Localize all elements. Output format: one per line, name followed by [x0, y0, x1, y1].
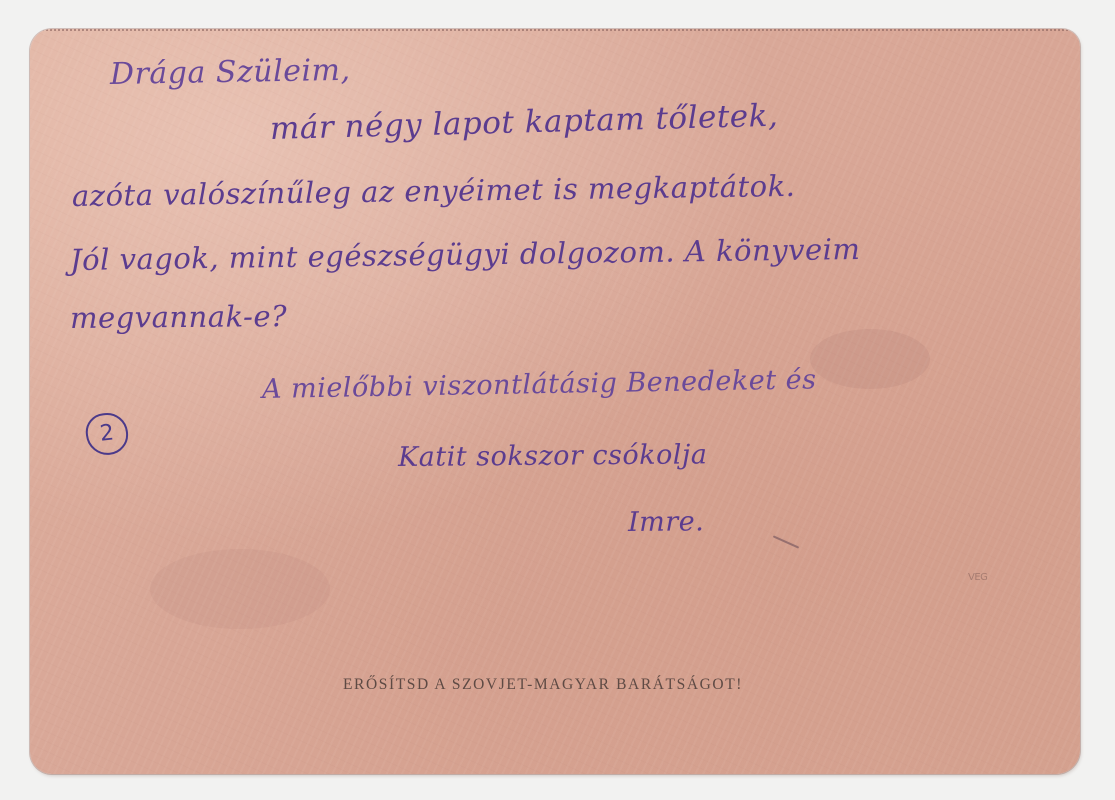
letter-closing-2: Katit sokszor csókolja [398, 439, 708, 473]
postcard: Drága Szüleim, már négy lapot kaptam től… [30, 29, 1080, 774]
circled-page-number: 2 [84, 411, 130, 457]
letter-line-1: már négy lapot kaptam tőletek, [270, 98, 779, 147]
letter-line-4: megvannak-e? [70, 299, 287, 335]
letter-greeting: Drága Szüleim, [110, 53, 351, 92]
scanned-postcard: Drága Szüleim, már négy lapot kaptam től… [0, 0, 1115, 800]
paper-stain [810, 329, 930, 389]
letter-signature: Imre. [628, 506, 705, 538]
letter-closing-1: A mielőbbi viszontlátásig Benedeket és [262, 364, 817, 405]
faint-stamp-mark: VEG [968, 572, 987, 583]
printed-slogan: ERŐSÍTSD A SZOVJET-MAGYAR BARÁTSÁGOT! [30, 676, 1080, 694]
letter-line-3: Jól vagok, mint egészségügyi dolgozom. A… [70, 232, 861, 277]
pen-stray-mark [773, 535, 799, 548]
paper-texture [30, 29, 1080, 774]
letter-line-2: azóta valószínűleg az enyéimet is megkap… [72, 169, 796, 213]
paper-stain [150, 549, 330, 629]
